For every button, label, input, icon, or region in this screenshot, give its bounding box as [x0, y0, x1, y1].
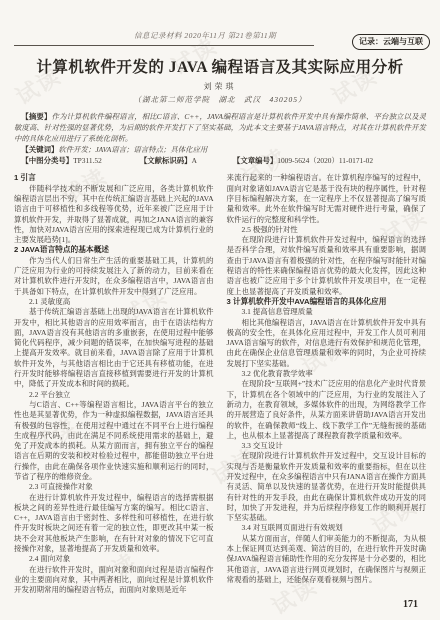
subsection-heading: 2.4 面向对象 [14, 554, 214, 564]
keywords: 【关键词】软件开发；JAVA语言；语言特点；具体化应用 [14, 144, 426, 155]
subsection-heading: 2.1 灵敏度高 [14, 297, 214, 307]
paragraph: 基于传统汇编语言基础上出现的JAVA语言在计算机软件开发中，相比其他语言的应用效… [14, 307, 214, 389]
page-number: 171 [403, 599, 418, 610]
article-id-label: 【文章编号】 [233, 156, 277, 165]
paragraph: 在现阶段“互联网+”技术广泛应用的信息化产业时代背景下，计算机在各个领域中的广泛… [227, 379, 427, 441]
subsection-heading: 3.2 优化教育教学效率 [227, 369, 427, 379]
paragraph: 作为当代人们日常生产生活的重要基础工具，计算机的广泛应用为行业的可持续发展注入了… [14, 256, 214, 297]
doc-code-label: 【文献标识码】 [140, 156, 192, 165]
header-divider [14, 45, 314, 46]
section-heading: 1 引言 [14, 173, 214, 183]
paragraph: 与C语言、C++等编程语言相比，JAVA语言平台的独立性也是其显著优势，作为一种… [14, 400, 214, 482]
keywords-text: 软件开发；JAVA语言；语言特点；具体化应用 [58, 145, 207, 154]
paragraph: 从某方面而言，伴随人们审美能力的不断提高，为从根本上保证网页达到美观、简洁的目的… [227, 534, 427, 585]
right-column: 来流行起来的一种编程语言。在计算机程序编写的过程中，面向对象诸如JAVA语言它是… [227, 173, 427, 595]
page-header: 信息记录材料 2020年11月 第21卷第11期 记录：云端与互联 [0, 0, 440, 46]
abstract: 【摘要】作为计算机软件编程语言，相比C语言、C++，JAVA编程语言是计算机软件… [14, 111, 426, 144]
abstract-label: 【摘要】 [21, 112, 51, 121]
journal-issue-info: 信息记录材料 2020年11月 第21卷第11期 [134, 30, 276, 41]
classification-line: 【中图分类号】TP311.52 【文献标识码】A 【文章编号】1009-5624… [14, 155, 426, 166]
author-name: 刘荣琪 [0, 81, 440, 92]
section-heading: 2 JAVA语言特点的基本概述 [14, 245, 214, 255]
subsection-heading: 3.1 提高信息管理质量 [227, 307, 427, 317]
subsection-heading: 2.3 可直接操作对象 [14, 482, 214, 492]
doc-code-value: A [192, 156, 197, 165]
paragraph: 在现阶段进行计算机软件开发过程中，编程语言的选择是否科学合理，对软件编写质量和效… [227, 235, 427, 297]
subsection-heading: 2.5 极强的针对性 [227, 225, 427, 235]
clc-label: 【中图分类号】 [21, 156, 73, 165]
paragraph: 来流行起来的一种编程语言。在计算机程序编写的过程中，面向对象诸如JAVA语言它是… [227, 173, 427, 224]
left-column: 1 引言伴随科学技术的不断发展和广泛应用，各类计算机软件编程语言层出不穷，其中在… [14, 173, 214, 595]
subsection-heading: 2.2 平台独立 [14, 390, 214, 400]
paragraph: 在进行计算机软件开发过程中，编程语言的选择需根据板块之间的差异性进行最佳编写方案… [14, 493, 214, 555]
paragraph: 相比其他编程语言，JAVA语言在计算机软件开发中具有极高的安全性，在具体化应用过… [227, 318, 427, 369]
document-code: 【文献标识码】A [140, 155, 197, 166]
article-id-value: 1009-5624（2020）11-0171-02 [277, 156, 373, 165]
subsection-heading: 3.4 对互联网页面进行有效规划 [227, 523, 427, 533]
column-badge: 记录：云端与互联 [352, 34, 430, 50]
paragraph: 伴随科学技术的不断发展和广泛应用，各类计算机软件编程语言层出不穷，其中在传统汇编… [14, 184, 214, 246]
article-title: 计算机软件开发的 JAVA 编程语言及其实际应用分析 [16, 58, 424, 77]
paragraph: 在进行软件开发时，面向对象和面向过程是语言编程作业的主要面向对象，其中两者相比，… [14, 565, 214, 596]
paragraph: 在现阶段进行计算机软件开发过程中，交互设计目标的实现与否是衡量软件开发质量和效率… [227, 451, 427, 523]
author-affiliation: （湖北第二师范学院 湖北 武汉 430205） [0, 94, 440, 105]
article-id: 【文章编号】1009-5624（2020）11-0171-02 [233, 155, 373, 166]
front-matter: 【摘要】作为计算机软件编程语言，相比C语言、C++，JAVA编程语言是计算机软件… [14, 111, 426, 166]
clc-value: TP311.52 [73, 156, 102, 165]
subsection-heading: 3.3 交互设计 [227, 441, 427, 451]
body-columns: 1 引言伴随科学技术的不断发展和广泛应用，各类计算机软件编程语言层出不穷，其中在… [14, 173, 426, 595]
section-heading: 3 计算机软件开发中AVA编程语言的具体化应用 [227, 297, 427, 307]
abstract-text: 作为计算机软件编程语言，相比C语言、C++，JAVA编程语言是计算机软件开发中具… [14, 112, 426, 143]
clc-number: 【中图分类号】TP311.52 [21, 155, 101, 166]
keywords-label: 【关键词】 [21, 145, 58, 154]
scanned-paper-page: 试读 试读 试读 试读 试读 试读 试读 试读 试读 试读 试读 试读 试读 信… [0, 0, 440, 620]
